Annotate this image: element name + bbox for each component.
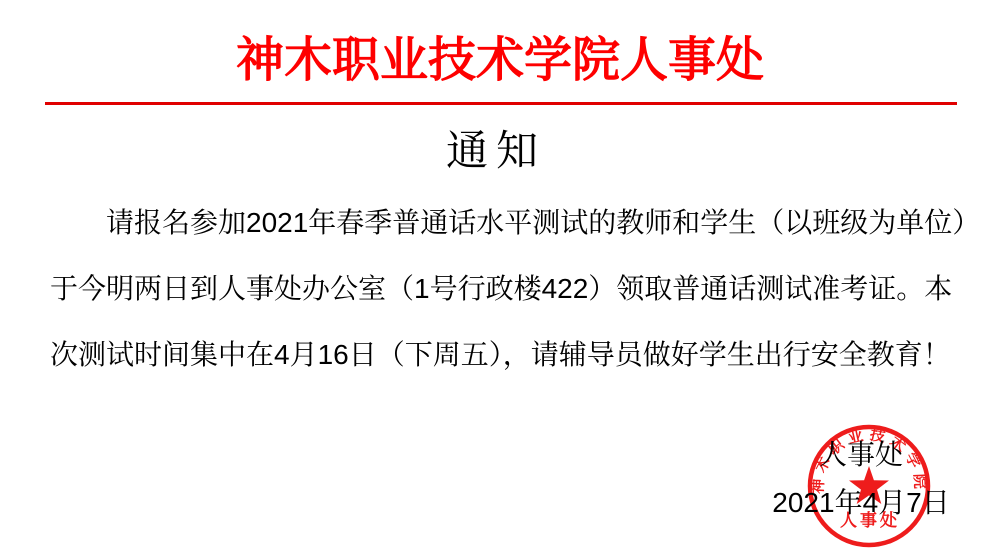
signature-date: 2021年4月7日 bbox=[772, 489, 949, 517]
notice-document-page: 神木职业技术学院人事处 通知 请报名参加2021年春季普通话水平测试的教师和学生… bbox=[0, 0, 1000, 555]
signature-department: 人事处 bbox=[819, 440, 903, 470]
notice-heading: 通知 bbox=[0, 128, 992, 174]
document-title: 神木职业技术学院人事处 bbox=[0, 34, 1000, 88]
paragraph-line-1: 请报名参加2021年春季普通话水平测试的教师和学生（以班级为单位） bbox=[50, 190, 945, 256]
paragraph-line-2: 于今明两日到人事处办公室（1号行政楼422）领取普通话测试准考证。本 bbox=[50, 256, 945, 322]
title-divider-line bbox=[45, 102, 957, 105]
paragraph-line-3: 次测试时间集中在4月16日（下周五），请辅导员做好学生出行安全教育！ bbox=[50, 322, 945, 388]
notice-body-paragraph: 请报名参加2021年春季普通话水平测试的教师和学生（以班级为单位） 于今明两日到… bbox=[50, 190, 945, 388]
